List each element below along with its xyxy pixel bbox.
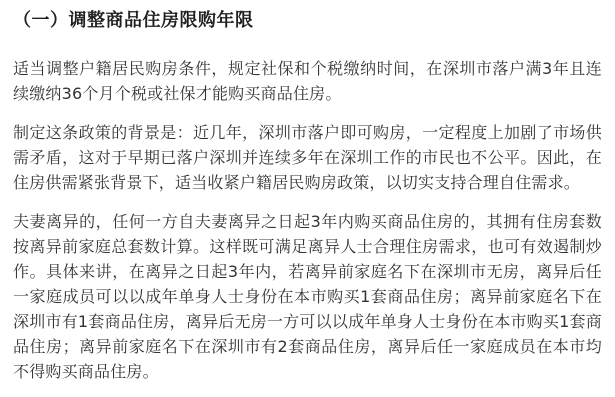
article-page: （一）调整商品住房限购年限 适当调整户籍居民购房条件，规定社保和个税缴纳时间，在… [0, 0, 615, 397]
paragraph-divorce-rules: 夫妻离异的，任何一方自夫妻离异之日起3年内购买商品住房的，其拥有住房套数按离异前… [13, 209, 602, 384]
section-title: （一）调整商品住房限购年限 [13, 8, 602, 33]
paragraph-policy-summary: 适当调整户籍居民购房条件，规定社保和个税缴纳时间，在深圳市落户满3年且连续缴纳3… [13, 56, 602, 106]
paragraph-policy-background: 制定这条政策的背景是：近几年，深圳市落户即可购房，一定程度上加剧了市场供需矛盾，… [13, 120, 602, 195]
